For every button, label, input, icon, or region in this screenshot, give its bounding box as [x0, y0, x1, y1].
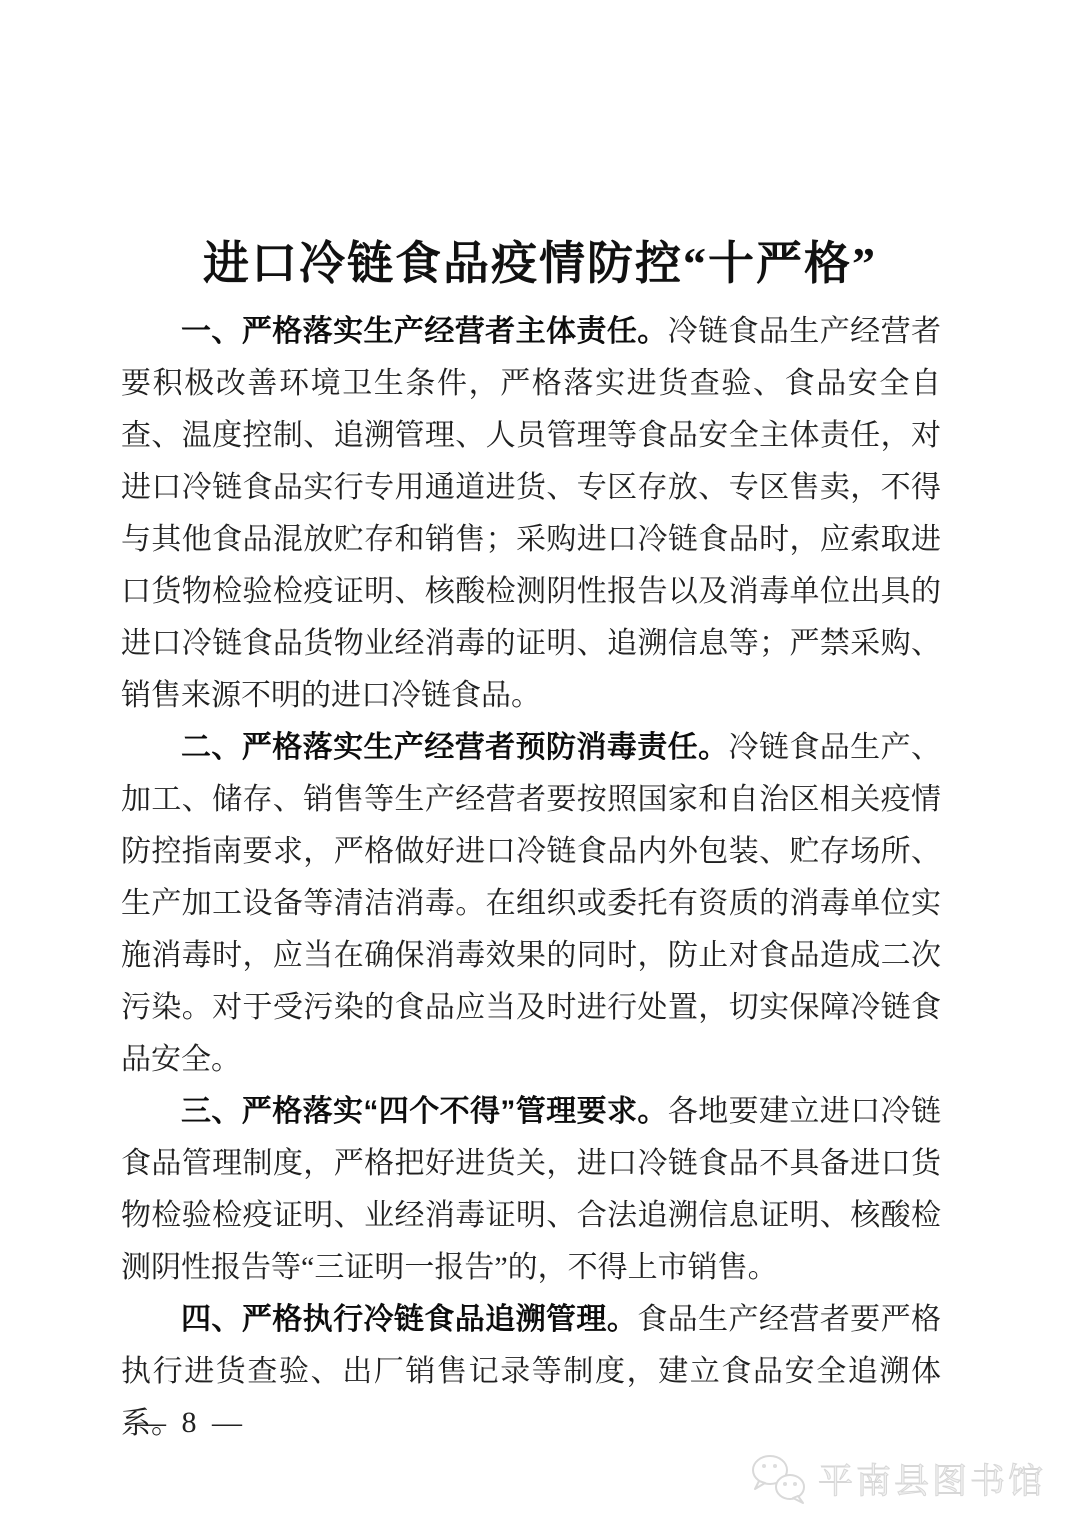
document-body: 一、严格落实生产经营者主体责任。冷链食品生产经营者要积极改善环境卫生条件，严格落…	[121, 306, 941, 1450]
wechat-icon	[748, 1450, 810, 1508]
paragraph-4-lead: 四、严格执行冷链食品追溯管理。	[181, 1303, 637, 1336]
paragraph-3-lead: 三、严格落实“四个不得”管理要求。	[181, 1095, 668, 1128]
paragraph-1-lead: 一、严格落实生产经营者主体责任。	[181, 315, 668, 348]
document-page: 进口冷链食品疫情防控“十严格” 一、严格落实生产经营者主体责任。冷链食品生产经营…	[0, 0, 1080, 1528]
paragraph-2-lead: 二、严格落实生产经营者预防消毒责任。	[181, 731, 729, 764]
page-number: — 8 —	[136, 1406, 246, 1440]
library-watermark: 平南县图书馆	[748, 1450, 1046, 1508]
watermark-label: 平南县图书馆	[818, 1454, 1046, 1504]
page-title: 进口冷链食品疫情防控“十严格”	[0, 227, 1080, 293]
paragraph-3: 三、严格落实“四个不得”管理要求。各地要建立进口冷链食品管理制度，严格把好进货关…	[121, 1086, 941, 1294]
paragraph-2-text: 冷链食品生产、加工、储存、销售等生产经营者要按照国家和自治区相关疫情防控指南要求…	[121, 731, 941, 1076]
paragraph-1: 一、严格落实生产经营者主体责任。冷链食品生产经营者要积极改善环境卫生条件，严格落…	[121, 306, 941, 722]
paragraph-2: 二、严格落实生产经营者预防消毒责任。冷链食品生产、加工、储存、销售等生产经营者要…	[121, 722, 941, 1086]
paragraph-1-text: 冷链食品生产经营者要积极改善环境卫生条件，严格落实进货查验、食品安全自查、温度控…	[121, 315, 941, 712]
